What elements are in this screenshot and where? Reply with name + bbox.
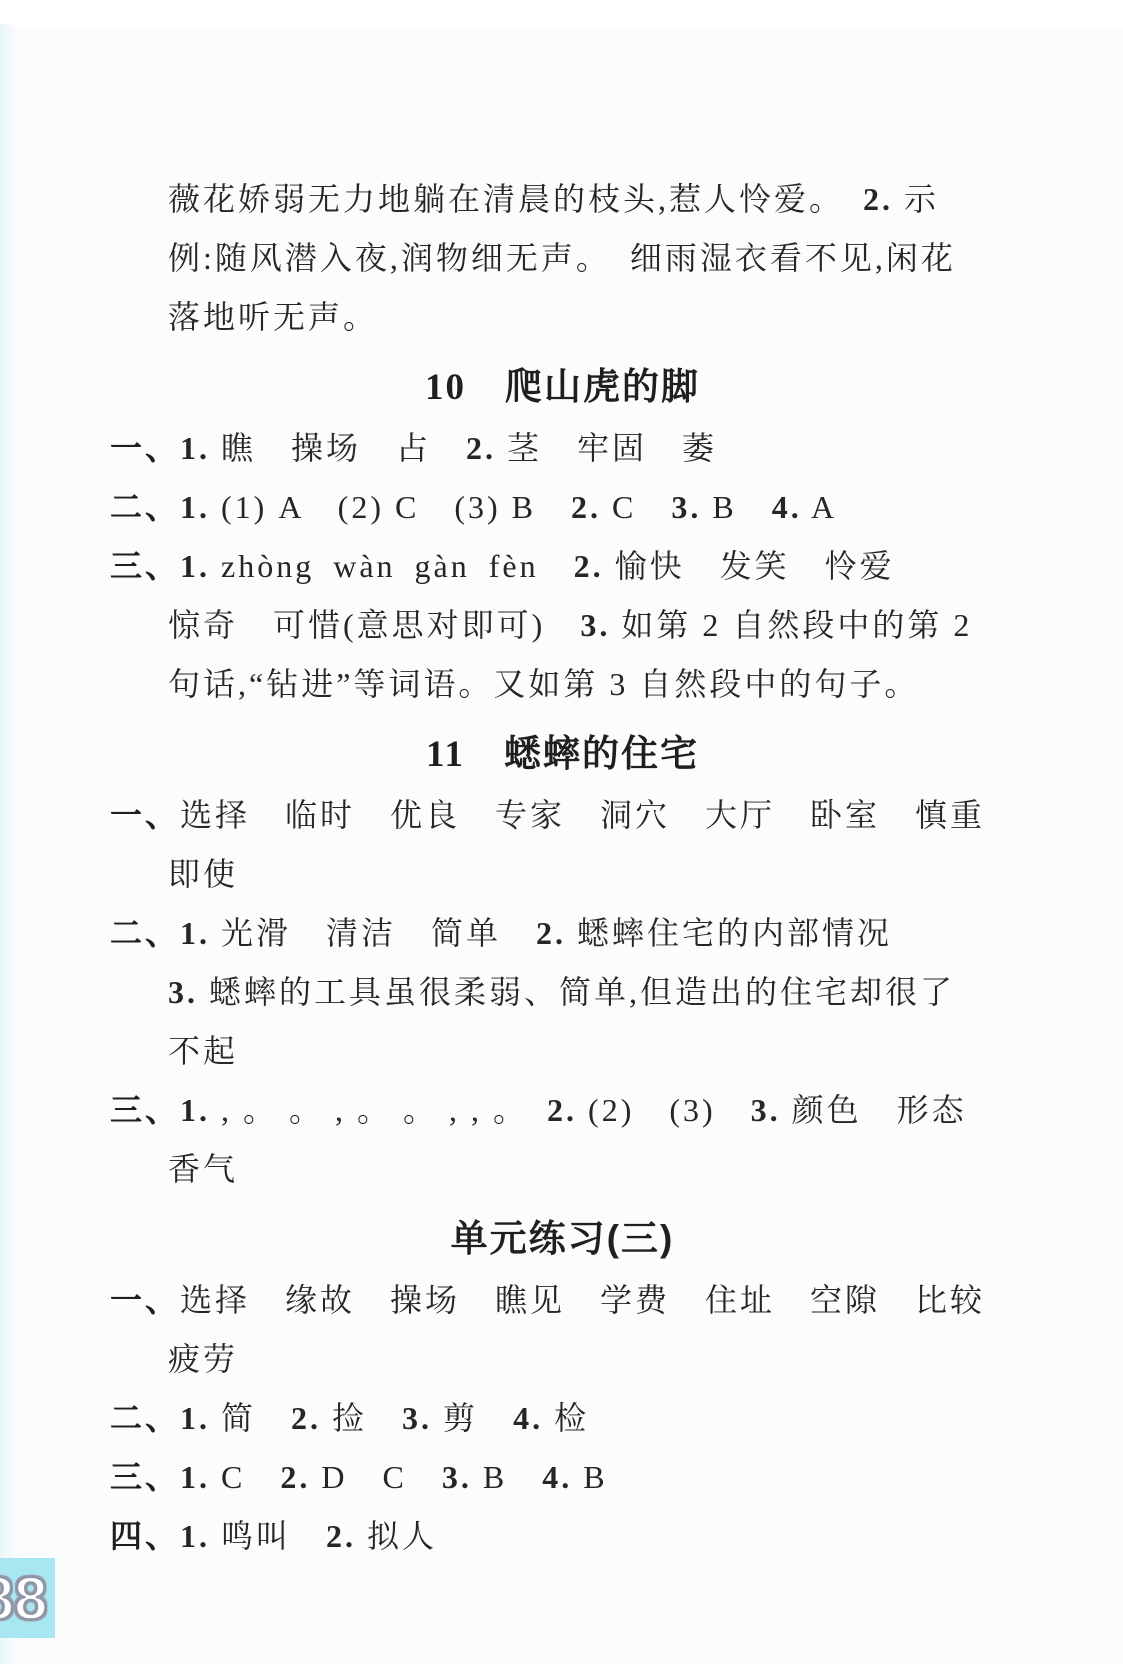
- answer-text: C: [210, 1459, 280, 1495]
- answer-number: 2.: [326, 1518, 356, 1554]
- answer-text: 例:随风潜入夜,润物细无声。 细雨湿衣看不见,闲花: [168, 240, 956, 276]
- answer-text: 选择 缘故 操场 瞧见 学费 住址 空隙 比较: [180, 1282, 985, 1318]
- page-number: 88: [0, 1564, 47, 1633]
- text-line: 二、1. (1) A (2) C (3) B 2. C 3. B 4. A: [110, 478, 1015, 537]
- answer-number: 2.: [571, 489, 601, 525]
- answer-text: A: [802, 489, 837, 525]
- title-number: 11: [426, 734, 465, 775]
- title-number: 10: [425, 367, 466, 408]
- page-top-edge: [0, 0, 1123, 26]
- answer-text: 示: [893, 181, 939, 217]
- text-line: 例:随风潜入夜,润物细无声。 细雨湿衣看不见,闲花: [110, 229, 1015, 288]
- answer-number: 2.: [536, 915, 566, 951]
- answer-key-text-block: 薇花娇弱无力地躺在清晨的枝头,惹人怜爱。 2. 示例:随风潜入夜,润物细无声。 …: [110, 170, 1015, 1566]
- section-title: 单元练习(三): [110, 1207, 1015, 1271]
- answer-text: (1) A (2) C (3) B: [210, 489, 571, 525]
- answer-text: 蟋蟀的工具虽很柔弱、简单,但造出的住宅却很了: [198, 974, 955, 1010]
- section-title: 10 爬山虎的脚: [110, 355, 1015, 419]
- answer-number: 4.: [772, 489, 802, 525]
- section-marker: 二、: [110, 915, 180, 951]
- section-marker: 二、: [110, 489, 180, 525]
- text-line: 即使: [110, 845, 1015, 904]
- text-line: 三、1. C 2. D C 3. B 4. B: [110, 1448, 1015, 1507]
- answer-text: B: [701, 489, 771, 525]
- answer-number: 3.: [751, 1092, 781, 1128]
- answer-text: zhòng wàn gàn fèn: [210, 548, 574, 584]
- answer-text: B: [572, 1459, 607, 1495]
- text-line: 四、1. 鸣叫 2. 拟人: [110, 1507, 1015, 1566]
- answer-number: 2.: [574, 548, 604, 584]
- section-marker: 三、: [110, 1459, 180, 1495]
- answer-text: , 。 。 , 。 。 , , 。: [210, 1092, 547, 1128]
- answer-text: 鸣叫: [210, 1518, 326, 1554]
- answer-text: 捡: [321, 1400, 402, 1436]
- answer-text: C: [601, 489, 671, 525]
- answer-number: 2.: [466, 430, 496, 466]
- answer-number: 3.: [671, 489, 701, 525]
- text-line: 句话,“钻进”等词语。又如第 3 自然段中的句子。: [110, 655, 1015, 714]
- text-line: 一、选择 临时 优良 专家 洞穴 大厅 卧室 慎重: [110, 786, 1015, 845]
- answer-text: 简: [210, 1400, 291, 1436]
- section-marker: 一、: [110, 430, 180, 466]
- answer-text: 蟋蟀住宅的内部情况: [566, 915, 892, 951]
- answer-number: 3.: [168, 974, 198, 1010]
- answer-text: 检: [543, 1400, 589, 1436]
- text-line: 二、1. 简 2. 捡 3. 剪 4. 检: [110, 1389, 1015, 1448]
- answer-number: 1.: [180, 915, 210, 951]
- scanned-workbook-page: 薇花娇弱无力地躺在清晨的枝头,惹人怜爱。 2. 示例:随风潜入夜,润物细无声。 …: [0, 0, 1123, 1664]
- answer-text: 颜色 形态: [781, 1092, 967, 1128]
- answer-number: 2.: [863, 181, 893, 217]
- answer-text: 落地听无声。: [168, 299, 378, 335]
- section-marker: 三、: [110, 548, 180, 584]
- answer-text: 不起: [168, 1033, 238, 1069]
- section-marker: 四、: [110, 1518, 180, 1554]
- text-line: 三、1. , 。 。 , 。 。 , , 。 2. (2) (3) 3. 颜色 …: [110, 1081, 1015, 1140]
- answer-number: 3.: [402, 1400, 432, 1436]
- answer-text: 拟人: [356, 1518, 437, 1554]
- section-marker: 一、: [110, 1282, 180, 1318]
- answer-text: 单元练习(三): [451, 1218, 675, 1259]
- answer-text: 光滑 清洁 简单: [210, 915, 536, 951]
- answer-text: 瞧 操场 占: [210, 430, 466, 466]
- answer-text: 如第 2 自然段中的第 2: [610, 607, 972, 643]
- answer-number: 1.: [180, 489, 210, 525]
- text-line: 一、1. 瞧 操场 占 2. 茎 牢固 萎: [110, 419, 1015, 478]
- text-line: 落地听无声。: [110, 288, 1015, 347]
- answer-text: 香气: [168, 1151, 238, 1187]
- answer-text: 惊奇 可惜(意思对即可): [168, 607, 580, 643]
- text-line: 香气: [110, 1140, 1015, 1199]
- page-number-badge: 88: [0, 1558, 55, 1638]
- answer-text: (2) (3): [577, 1092, 751, 1128]
- answer-text: 句话,“钻进”等词语。又如第 3 自然段中的句子。: [168, 666, 919, 702]
- section-marker: 一、: [110, 797, 180, 833]
- text-line: 一、选择 缘故 操场 瞧见 学费 住址 空隙 比较: [110, 1271, 1015, 1330]
- text-line: 惊奇 可惜(意思对即可) 3. 如第 2 自然段中的第 2: [110, 596, 1015, 655]
- answer-number: 1.: [180, 548, 210, 584]
- answer-number: 3.: [580, 607, 610, 643]
- answer-text: 茎 牢固 萎: [496, 430, 717, 466]
- answer-text: 蟋蟀的住宅: [465, 733, 699, 774]
- answer-text: D C: [310, 1459, 441, 1495]
- text-line: 薇花娇弱无力地躺在清晨的枝头,惹人怜爱。 2. 示: [110, 170, 1015, 229]
- answer-number: 2.: [291, 1400, 321, 1436]
- answer-text: 疲劳: [168, 1341, 238, 1377]
- answer-text: 爬山虎的脚: [466, 366, 700, 407]
- answer-number: 4.: [542, 1459, 572, 1495]
- answer-number: 1.: [180, 1518, 210, 1554]
- answer-text: B: [472, 1459, 542, 1495]
- section-marker: 三、: [110, 1092, 180, 1128]
- text-line: 疲劳: [110, 1330, 1015, 1389]
- page-left-edge: [0, 24, 18, 1664]
- answer-number: 4.: [513, 1400, 543, 1436]
- answer-text: 薇花娇弱无力地躺在清晨的枝头,惹人怜爱。: [168, 181, 863, 217]
- answer-number: 1.: [180, 430, 210, 466]
- text-line: 3. 蟋蟀的工具虽很柔弱、简单,但造出的住宅却很了: [110, 963, 1015, 1022]
- section-title: 11 蟋蟀的住宅: [110, 722, 1015, 786]
- answer-number: 3.: [442, 1459, 472, 1495]
- answer-number: 1.: [180, 1092, 210, 1128]
- text-line: 三、1. zhòng wàn gàn fèn 2. 愉快 发笑 怜爱: [110, 537, 1015, 596]
- text-line: 不起: [110, 1022, 1015, 1081]
- answer-text: 选择 临时 优良 专家 洞穴 大厅 卧室 慎重: [180, 797, 985, 833]
- section-marker: 二、: [110, 1400, 180, 1436]
- answer-number: 1.: [180, 1400, 210, 1436]
- answer-number: 1.: [180, 1459, 210, 1495]
- answer-text: 剪: [432, 1400, 513, 1436]
- answer-number: 2.: [547, 1092, 577, 1128]
- answer-text: 即使: [168, 856, 238, 892]
- answer-number: 2.: [280, 1459, 310, 1495]
- text-line: 二、1. 光滑 清洁 简单 2. 蟋蟀住宅的内部情况: [110, 904, 1015, 963]
- answer-text: 愉快 发笑 怜爱: [604, 548, 895, 584]
